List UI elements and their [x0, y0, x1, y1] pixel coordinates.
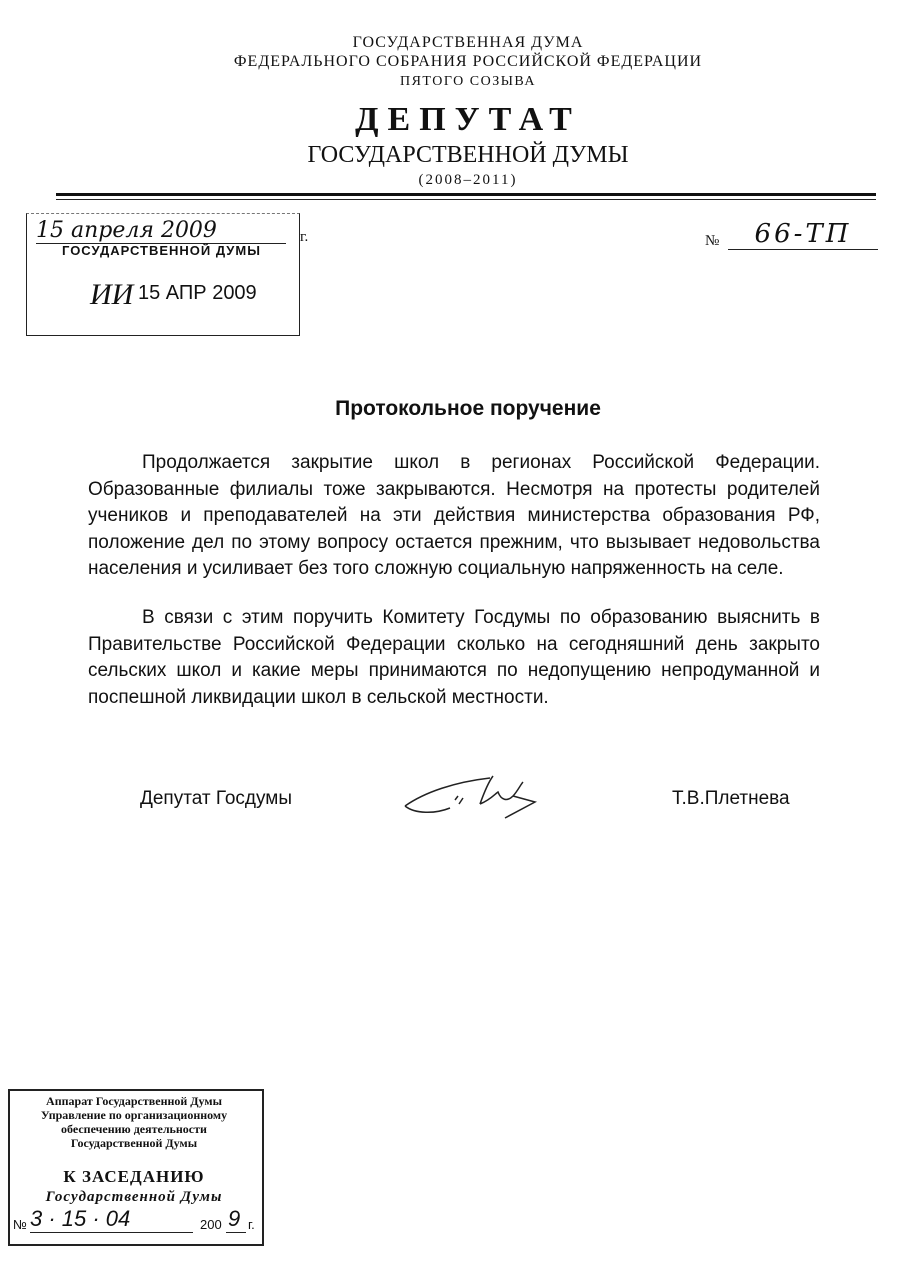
registration-stamp-year-suffix: г.: [300, 229, 308, 246]
letterhead-title: ДЕПУТАТ: [0, 101, 900, 139]
session-stamp-year-underline: [226, 1232, 246, 1233]
registration-stamp-org: ГОСУДАРСТВЕННОЙ ДУМЫ: [62, 243, 261, 258]
document-paragraph: В связи с этим поручить Комитету Госдумы…: [88, 605, 820, 711]
doc-number-value: 66-ТП: [728, 219, 878, 250]
session-stamp-line: Аппарат Государственной Думы: [8, 1094, 260, 1108]
signature-position: Депутат Госдумы: [140, 788, 292, 810]
registration-stamp-handwritten-date: 15 апреля 2009: [36, 218, 286, 244]
signatory-name: Т.В.Плетнева: [672, 788, 790, 810]
session-stamp-year-suffix: г.: [248, 1217, 255, 1232]
registration-stamp-received-date: 15 АПР 2009: [138, 282, 257, 305]
letterhead-term: (2008–2011): [0, 172, 900, 189]
session-stamp-number: 3 · 15 · 04: [30, 1206, 130, 1232]
session-stamp-line: Управление по организационному: [8, 1108, 260, 1122]
letterhead-line-federal-assembly: ФЕДЕРАЛЬНОГО СОБРАНИЯ РОССИЙСКОЙ ФЕДЕРАЦ…: [0, 53, 900, 71]
session-stamp-subheading: Государственной Думы: [8, 1190, 260, 1204]
letterhead-line-convocation: ПЯТОГО СОЗЫВА: [0, 74, 900, 90]
letterhead-rule-thick: [56, 193, 876, 196]
session-stamp-line: обеспечению деятельности: [8, 1122, 260, 1136]
document-paragraph: Продолжается закрытие школ в регионах Ро…: [88, 450, 820, 583]
handwritten-signature-icon: [395, 770, 565, 825]
document-title: Протокольное поручение: [0, 397, 900, 421]
letterhead-subtitle: ГОСУДАРСТВЕННОЙ ДУМЫ: [0, 142, 900, 169]
session-stamp-year-digit: 9: [228, 1206, 240, 1232]
registration-stamp-initials: ИИ: [90, 278, 133, 312]
doc-number-label: №: [705, 233, 719, 250]
session-stamp-number-underline: [30, 1232, 193, 1233]
session-stamp-number-label: №: [13, 1217, 27, 1232]
letterhead-line-duma: ГОСУДАРСТВЕННАЯ ДУМА: [0, 34, 900, 52]
session-stamp-year-prefix: 200: [200, 1217, 222, 1232]
session-stamp-heading: К ЗАСЕДАНИЮ: [8, 1170, 260, 1184]
session-stamp-line: Государственной Думы: [8, 1136, 260, 1150]
letterhead-rule-thin: [56, 199, 876, 200]
